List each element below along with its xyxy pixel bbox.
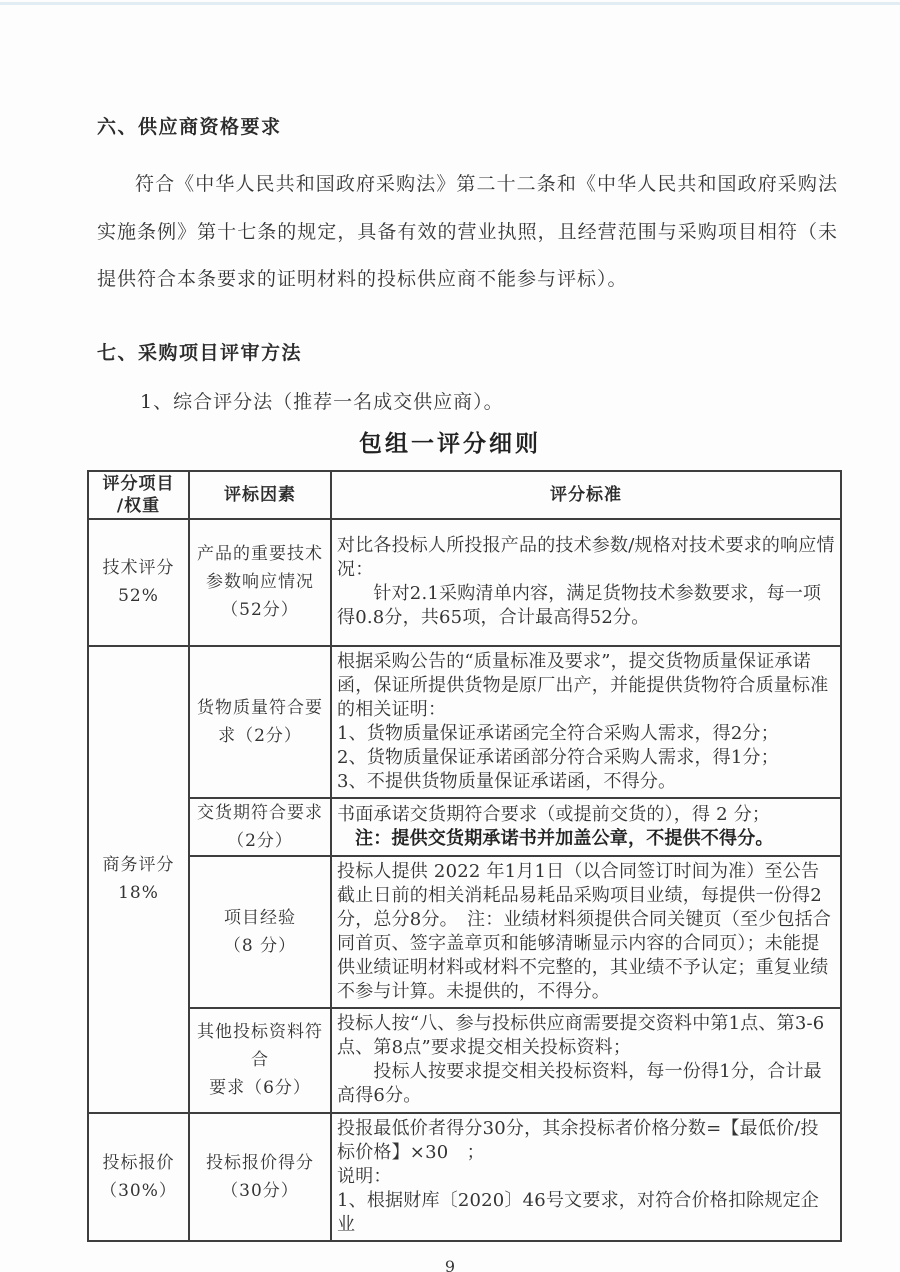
scan-artifact-line [0, 2, 900, 5]
criteria-delivery-note: 注：提供交货期承诺书并加盖公章，不提供不得分。 [355, 828, 774, 849]
factor-cell-experience: 项目经验 （8 分） [189, 856, 331, 1008]
criteria-cell-other-docs: 投标人按“八、参与投标供应商需要提交资料中第1点、第3-6点、第8点”要求提交相… [331, 1008, 841, 1113]
document-page: 六、供应商资格要求 符合《中华人民共和国政府采购法》第二十二条和《中华人民共和国… [0, 0, 900, 1272]
item-cell-technical: 技术评分 52% [88, 519, 189, 646]
table-row-other-docs: 其他投标资料符合 要求（6分） 投标人按“八、参与投标供应商需要提交资料中第1点… [88, 1008, 841, 1113]
table-row-technical: 技术评分 52% 产品的重要技术 参数响应情况 （52分） 对比各投标人所投报产… [88, 519, 841, 646]
table-header-row: 评分项目 /权重 评标因素 评分标准 [88, 471, 841, 519]
table-row-experience: 项目经验 （8 分） 投标人提供 2022 年1月1日（以合同签订时间为准）至公… [88, 856, 841, 1008]
item-cell-price: 投标报价 （30%） [88, 1113, 189, 1241]
criteria-cell-price-score: 投报最低价者得分30分，其余投标者价格分数=【最低价/投标价格】×30 ； 说明… [331, 1113, 841, 1241]
criteria-cell-experience: 投标人提供 2022 年1月1日（以合同签订时间为准）至公告截止日前的相关消耗品… [331, 856, 841, 1008]
table-row-price: 投标报价 （30%） 投标报价得分 （30分） 投报最低价者得分30分，其余投标… [88, 1113, 841, 1241]
col-header-item-weight: 评分项目 /权重 [88, 471, 189, 519]
section-7-method-line: 1、综合评分法（推荐一名成交供应商）。 [97, 389, 838, 416]
factor-cell-delivery: 交货期符合要求 （2分） [189, 798, 331, 856]
factor-cell-price-score: 投标报价得分 （30分） [189, 1113, 331, 1241]
item-cell-commercial: 商务评分 18% [88, 646, 189, 1113]
section-6-heading: 六、供应商资格要求 [97, 114, 838, 141]
criteria-cell-delivery: 书面承诺交货期符合要求（或提前交货的），得 2 分； 注：提供交货期承诺书并加盖… [331, 798, 841, 856]
factor-cell-quality: 货物质量符合要 求（2分） [189, 646, 331, 798]
factor-cell-other-docs: 其他投标资料符合 要求（6分） [189, 1008, 331, 1113]
scoring-table: 评分项目 /权重 评标因素 评分标准 技术评分 52% 产品的重要技术 参数响应… [87, 470, 842, 1242]
col-header-criteria: 评分标准 [331, 471, 841, 519]
table-row-delivery: 交货期符合要求 （2分） 书面承诺交货期符合要求（或提前交货的），得 2 分； … [88, 798, 841, 856]
scoring-table-title: 包组一评分细则 [0, 429, 900, 460]
col-header-factor: 评标因素 [189, 471, 331, 519]
table-row-quality: 商务评分 18% 货物质量符合要 求（2分） 根据采购公告的“质量标准及要求”，… [88, 646, 841, 798]
section-6-paragraph: 符合《中华人民共和国政府采购法》第二十二条和《中华人民共和国政府采购法实施条例》… [97, 161, 838, 304]
page-number: 9 [0, 1257, 900, 1272]
criteria-delivery-text: 书面承诺交货期符合要求（或提前交货的），得 2 分； [337, 804, 770, 825]
page-content: 六、供应商资格要求 符合《中华人民共和国政府采购法》第二十二条和《中华人民共和国… [0, 0, 900, 416]
criteria-cell-tech-params: 对比各投标人所投报产品的技术参数/规格对技术要求的响应情况： 针对2.1采购清单… [331, 519, 841, 646]
factor-cell-tech-params: 产品的重要技术 参数响应情况 （52分） [189, 519, 331, 646]
section-7-heading: 七、采购项目评审方法 [97, 340, 838, 367]
criteria-cell-quality: 根据采购公告的“质量标准及要求”，提交货物质量保证承诺函，保证所提供货物是原厂出… [331, 646, 841, 798]
